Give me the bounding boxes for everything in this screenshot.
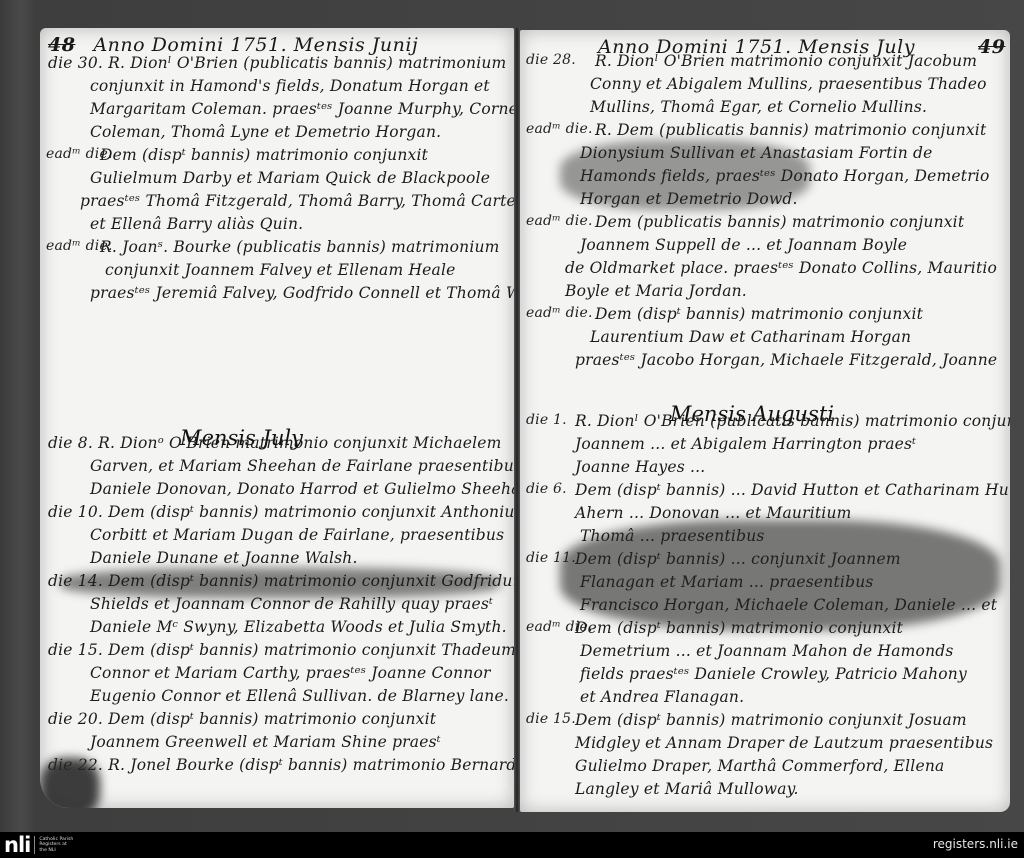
register-entry-line: fields praesᵗᵉˢ Daniele Crowley, Patrici… (580, 665, 967, 683)
register-entry-line: Midgley et Annam Draper de Lautzum praes… (575, 734, 993, 752)
register-entry-line: Joannem Suppell de ... et Joannam Boyle (580, 236, 907, 254)
register-entry-line: praesᵗᵉˢ Jacobo Horgan, Michaele Fitzger… (575, 351, 997, 369)
register-entry-line: R. Dionˡ O'Brien matrimonio conjunxit Ja… (595, 52, 977, 70)
register-entry-line: die 30. R. Dionˡ O'Brien (publicatis ban… (48, 54, 506, 72)
register-entry-line: Dem (dispᵗ bannis) matrimonio conjunxit (100, 146, 428, 164)
register-entry-line: conjunxit Joannem Falvey et Ellenam Heal… (105, 261, 456, 279)
register-entry-line: Dem (dispᵗ bannis) matrimonio conjunxit (595, 305, 923, 323)
entry-margin-note: die 6. (526, 481, 567, 497)
register-entry-line: Eugenio Connor et Ellenâ Sullivan. de Bl… (90, 687, 509, 705)
register-entry-line: Connor et Mariam Carthy, praesᵗᵉˢ Joanne… (90, 664, 491, 682)
register-entry-line: Daniele Donovan, Donato Harrod et Guliel… (90, 480, 514, 498)
register-entry-line: Laurentium Daw et Catharinam Horgan (590, 328, 911, 346)
entry-margin-note: eadᵐ die. (526, 213, 593, 229)
ink-bleed-area (560, 520, 1000, 630)
register-entry-line: die 15. Dem (dispᵗ bannis) matrimonio co… (48, 641, 514, 659)
entry-margin-note: die 15. (526, 711, 576, 727)
register-entry-line: Conny et Abigalem Mullins, praesentibus … (590, 75, 987, 93)
register-entry-line: die 8. R. Dionᵒ O'Brien matrimonio conju… (48, 434, 502, 452)
register-entry-line: Joannem Greenwell et Mariam Shine praesᵗ (90, 733, 441, 751)
register-entry-line: Joannem ... et Abigalem Harrington praes… (575, 435, 916, 453)
register-entry-line: R. Joanˢ. Bourke (publicatis bannis) mat… (100, 238, 500, 256)
register-entry-line: conjunxit in Hamond's fields, Donatum Ho… (90, 77, 490, 95)
entry-margin-note: die 1. (526, 412, 567, 428)
right-register-page: Anno Domini 1751. Mensis July 49 die 28.… (520, 30, 1010, 812)
register-entry-line: Daniele Dunane et Joanne Walsh. (90, 549, 358, 567)
register-entry-line: Margaritam Coleman. praesᵗᵉˢ Joanne Murp… (90, 100, 514, 118)
register-entry-line: Langley et Mariâ Mulloway. (575, 780, 799, 798)
register-entry-line: Dem (publicatis bannis) matrimonio conju… (595, 213, 964, 231)
register-entry-line: et Andrea Flanagan. (580, 688, 744, 706)
left-folio-number: 48 (48, 34, 75, 56)
register-entry-line: praesᵗᵉˢ Thomâ Fitzgerald, Thomâ Barry, … (80, 192, 514, 210)
page-corner-shadow (40, 758, 100, 808)
nli-logo[interactable]: nli Catholic Parish Registers at the NLI (4, 834, 73, 856)
register-entry-line: Daniele Mᶜ Swyny, Elizabetta Woods et Ju… (90, 618, 507, 636)
register-entry-line: Mullins, Thomâ Egar, et Cornelio Mullins… (590, 98, 927, 116)
register-entry-line: die 22. R. Jonel Bourke (dispᵗ bannis) m… (48, 756, 514, 774)
registers-site-link[interactable]: registers.nli.ie (933, 837, 1018, 851)
ink-bleed-area (560, 140, 810, 210)
scanned-register-image: 48Anno Domini 1751. Mensis Junij die 30.… (0, 0, 1024, 832)
register-entry-line: Dem (dispᵗ bannis) matrimonio conjunxit … (575, 711, 967, 729)
register-entry-line: praesᵗᵉˢ Jeremiâ Falvey, Godfrido Connel… (90, 284, 514, 302)
register-entry-line: Demetrium ... et Joannam Mahon de Hamond… (580, 642, 954, 660)
nli-logo-caption: Catholic Parish Registers at the NLI (39, 837, 73, 853)
register-entry-line: die 20. Dem (dispᵗ bannis) matrimonio co… (48, 710, 436, 728)
register-entry-line: Corbitt et Mariam Dugan de Fairlane, pra… (90, 526, 504, 544)
entry-margin-note: eadᵐ die. (526, 305, 593, 321)
right-folio-number: 49 (978, 36, 1005, 58)
ink-smudge (60, 568, 500, 598)
nli-logo-mark: nli (4, 834, 30, 856)
register-entry-line: Boyle et Maria Jordan. (565, 282, 747, 300)
entry-margin-note: die 28. (526, 52, 576, 68)
register-entry-line: Garven, et Mariam Sheehan de Fairlane pr… (90, 457, 514, 475)
viewer-footer: nli Catholic Parish Registers at the NLI… (0, 832, 1024, 858)
left-page-header: 48Anno Domini 1751. Mensis Junij (48, 34, 418, 56)
register-entry-line: R. Dionˡ O'Brien (publicatis bannis) mat… (575, 412, 1010, 430)
entry-margin-note: eadᵐ die. (526, 121, 593, 137)
register-entry-line: Coleman, Thomâ Lyne et Demetrio Horgan. (90, 123, 441, 141)
register-entry-line: Joanne Hayes ... (575, 458, 705, 476)
register-entry-line: R. Dem (publicatis bannis) matrimonio co… (595, 121, 986, 139)
left-page-title: Anno Domini 1751. Mensis Junij (93, 34, 418, 56)
register-entry-line: Dem (dispᵗ bannis) ... David Hutton et C… (575, 481, 1010, 499)
register-entry-line: et Ellenâ Barry aliàs Quin. (90, 215, 303, 233)
register-entry-line: de Oldmarket place. praesᵗᵉˢ Donato Coll… (565, 259, 997, 277)
left-register-page: 48Anno Domini 1751. Mensis Junij die 30.… (40, 28, 514, 808)
logo-divider (34, 836, 35, 854)
register-entry-line: Gulielmo Draper, Marthâ Commerford, Elle… (575, 757, 944, 775)
register-entry-line: Gulielmum Darby et Mariam Quick de Black… (90, 169, 490, 187)
register-entry-line: die 10. Dem (dispᵗ bannis) matrimonio co… (48, 503, 514, 521)
